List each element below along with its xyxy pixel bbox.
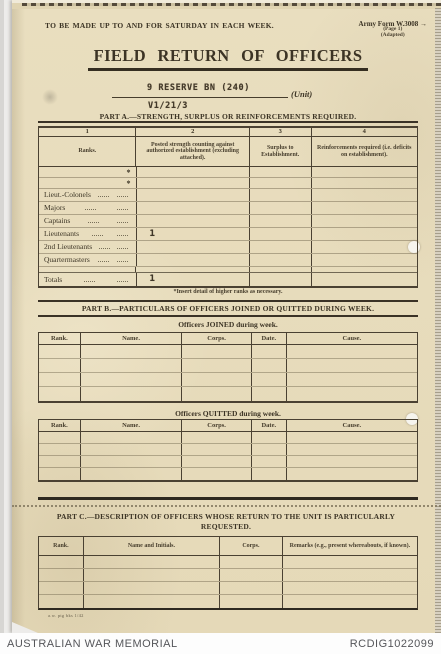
name-header: Name. bbox=[81, 333, 182, 344]
dotted-leader bbox=[98, 261, 109, 262]
empty-cell bbox=[182, 373, 252, 386]
arrow-icon: → bbox=[420, 20, 427, 28]
empty-cell bbox=[312, 228, 417, 240]
empty-cell bbox=[283, 582, 417, 594]
rank-label: Lieutenants bbox=[44, 229, 79, 238]
empty-cell bbox=[182, 345, 252, 358]
rule-above-part-b bbox=[38, 300, 418, 302]
empty-cell bbox=[182, 359, 252, 372]
officers-joined-subheading: Officers JOINED during week. bbox=[38, 320, 418, 329]
dotted-leader bbox=[117, 261, 128, 262]
part-c-heading: PART C.—DESCRIPTION OF OFFICERS WHOSE RE… bbox=[50, 512, 402, 531]
empty-cell bbox=[220, 595, 283, 608]
rank-cell: Captains bbox=[39, 215, 137, 227]
empty-cell bbox=[81, 432, 182, 443]
rank-label: Lieut.-Colonels bbox=[44, 190, 91, 199]
file-reference-typed: V1/21/3 bbox=[148, 101, 188, 111]
table-row: 2nd Lieutenants bbox=[39, 241, 417, 254]
empty-cell bbox=[39, 595, 84, 608]
totals-cell: Totals bbox=[39, 273, 137, 286]
table-row: Majors bbox=[39, 202, 417, 215]
empty-cell bbox=[312, 202, 417, 214]
table-row bbox=[39, 387, 417, 401]
rule-under-part-a-heading bbox=[38, 121, 418, 123]
table-row bbox=[39, 582, 417, 595]
posted-value: 1 bbox=[137, 228, 250, 240]
part-c-table: Rank. Name and Initials. Corps. Remarks … bbox=[38, 536, 418, 610]
empty-cell bbox=[182, 387, 252, 401]
posted-value bbox=[137, 241, 250, 253]
empty-cell bbox=[287, 345, 417, 358]
corps-header: Corps. bbox=[220, 537, 283, 555]
empty-cell bbox=[39, 267, 136, 272]
remarks-header: Remarks (e.g., present whereabouts, if k… bbox=[283, 537, 417, 555]
rank-label: Captains bbox=[44, 216, 70, 225]
unit-underline bbox=[112, 97, 288, 98]
empty-cell bbox=[312, 241, 417, 253]
column-header-row: Rank. Name. Corps. Date. Cause. bbox=[39, 420, 417, 432]
empty-cell bbox=[81, 387, 182, 401]
torn-corner bbox=[12, 622, 38, 633]
posted-value bbox=[137, 189, 250, 201]
table-row bbox=[39, 359, 417, 373]
unit-name-typed: 9 RESERVE BN (240) bbox=[147, 83, 250, 93]
table-row: Quartermasters bbox=[39, 254, 417, 267]
surplus-header: Surplus to Establishment. bbox=[250, 137, 312, 166]
rule-below-part-b-heading bbox=[38, 315, 418, 317]
table-row: Captains bbox=[39, 215, 417, 228]
column-number: 1 bbox=[39, 128, 136, 136]
weekly-instruction: TO BE MADE UP TO AND FOR SATURDAY IN EAC… bbox=[45, 21, 274, 30]
empty-cell bbox=[39, 569, 84, 581]
empty-cell bbox=[250, 228, 312, 240]
table-row bbox=[39, 456, 417, 468]
empty-cell bbox=[283, 556, 417, 568]
empty-cell bbox=[250, 267, 312, 272]
date-header: Date. bbox=[252, 333, 287, 344]
column-header-row: Ranks. Posted strength counting against … bbox=[39, 137, 417, 167]
dotted-leader bbox=[117, 235, 128, 236]
rank-header: Rank. bbox=[39, 537, 84, 555]
posted-value bbox=[137, 202, 250, 214]
empty-cell bbox=[182, 468, 252, 480]
column-number: 3 bbox=[250, 128, 312, 136]
cause-header: Cause. bbox=[287, 333, 417, 344]
part-a-table: 1 2 3 4 Ranks. Posted strength counting … bbox=[38, 126, 418, 288]
empty-cell bbox=[312, 254, 417, 266]
empty-cell bbox=[137, 167, 250, 177]
empty-cell bbox=[84, 556, 220, 568]
empty-cell bbox=[39, 432, 81, 443]
part-a-footnote: *Insert detail of higher ranks as necess… bbox=[38, 289, 418, 295]
empty-cell bbox=[250, 178, 312, 188]
dotted-leader bbox=[85, 209, 96, 210]
empty-cell bbox=[287, 468, 417, 480]
rank-label: Quartermasters bbox=[44, 255, 90, 264]
empty-cell bbox=[39, 373, 81, 386]
higher-rank-row: * bbox=[39, 178, 417, 189]
empty-cell bbox=[84, 582, 220, 594]
empty-cell bbox=[182, 432, 252, 443]
heavy-rule-end-part-b bbox=[38, 497, 418, 500]
empty-cell bbox=[39, 556, 84, 568]
rank-cell: Lieutenants bbox=[39, 228, 137, 240]
ranks-header: Ranks. bbox=[39, 137, 136, 166]
column-header-row: Rank. Name and Initials. Corps. Remarks … bbox=[39, 537, 417, 556]
asterisk: * bbox=[39, 178, 137, 188]
name-header: Name. bbox=[81, 420, 182, 431]
empty-cell bbox=[81, 456, 182, 467]
empty-cell bbox=[252, 387, 287, 401]
officers-quitted-table: Rank. Name. Corps. Date. Cause. bbox=[38, 419, 418, 482]
empty-cell bbox=[250, 254, 312, 266]
part-a-heading: PART A.—STRENGTH, SURPLUS OR REINFORCEME… bbox=[38, 112, 418, 121]
rank-header: Rank. bbox=[39, 420, 81, 431]
empty-cell bbox=[39, 387, 81, 401]
form-adapted: (Adapted) bbox=[359, 33, 427, 39]
higher-rank-row: * bbox=[39, 167, 417, 178]
empty-cell bbox=[84, 595, 220, 608]
rank-cell: 2nd Lieutenants bbox=[39, 241, 137, 253]
dotted-leader bbox=[92, 235, 103, 236]
empty-cell bbox=[39, 468, 81, 480]
empty-cell bbox=[252, 373, 287, 386]
empty-cell bbox=[250, 189, 312, 201]
empty-cell bbox=[252, 345, 287, 358]
empty-cell bbox=[287, 456, 417, 467]
empty-cell bbox=[182, 444, 252, 455]
date-header: Date. bbox=[252, 420, 287, 431]
rank-cell: Quartermasters bbox=[39, 254, 137, 266]
empty-cell bbox=[250, 167, 312, 177]
title-row: FIELD RETURN OF OFFICERS bbox=[38, 46, 418, 71]
empty-cell bbox=[287, 387, 417, 401]
empty-cell bbox=[287, 444, 417, 455]
empty-cell bbox=[220, 569, 283, 581]
empty-cell bbox=[312, 267, 417, 272]
empty-cell bbox=[312, 189, 417, 201]
column-header-row: Rank. Name. Corps. Date. Cause. bbox=[39, 333, 417, 345]
unit-label: (Unit) bbox=[291, 89, 312, 99]
empty-cell bbox=[137, 178, 250, 188]
rank-cell: Lieut.-Colonels bbox=[39, 189, 137, 201]
archive-name: AUSTRALIAN WAR MEMORIAL bbox=[7, 638, 178, 650]
dotted-leader bbox=[117, 209, 128, 210]
table-row bbox=[39, 444, 417, 456]
perforation-line bbox=[12, 505, 441, 507]
empty-cell bbox=[81, 359, 182, 372]
empty-cell bbox=[84, 569, 220, 581]
totals-label: Totals bbox=[44, 275, 62, 284]
table-row bbox=[39, 373, 417, 387]
corps-header: Corps. bbox=[182, 420, 252, 431]
rank-cell: Majors bbox=[39, 202, 137, 214]
empty-cell bbox=[220, 582, 283, 594]
table-row bbox=[39, 595, 417, 608]
empty-cell bbox=[136, 267, 249, 272]
perforation-dashes bbox=[22, 3, 441, 6]
empty-cell bbox=[312, 215, 417, 227]
totals-posted-value: 1 bbox=[137, 273, 250, 286]
empty-cell bbox=[81, 468, 182, 480]
table-row: Lieutenants 1 bbox=[39, 228, 417, 241]
dotted-leader bbox=[84, 281, 95, 282]
empty-cell bbox=[312, 167, 417, 177]
dotted-leader bbox=[99, 248, 110, 249]
name-initials-header: Name and Initials. bbox=[84, 537, 220, 555]
empty-cell bbox=[250, 273, 312, 286]
empty-cell bbox=[252, 359, 287, 372]
totals-row: Totals 1 bbox=[39, 273, 417, 286]
rank-header: Rank. bbox=[39, 333, 81, 344]
empty-cell bbox=[283, 595, 417, 608]
dotted-leader bbox=[117, 196, 128, 197]
empty-cell bbox=[39, 444, 81, 455]
empty-cell bbox=[39, 582, 84, 594]
dotted-leader bbox=[117, 281, 128, 282]
empty-cell bbox=[39, 359, 81, 372]
empty-cell bbox=[81, 373, 182, 386]
dotted-leader bbox=[117, 248, 128, 249]
part-b-heading: PART B.—PARTICULARS OF OFFICERS JOINED O… bbox=[38, 304, 418, 313]
posted-value bbox=[137, 254, 250, 266]
form-reference: Army Form W.3008 → (Page 1) (Adapted) bbox=[359, 21, 427, 38]
column-number-row: 1 2 3 4 bbox=[39, 128, 417, 137]
empty-cell bbox=[220, 556, 283, 568]
empty-cell bbox=[312, 178, 417, 188]
archive-footer: AUSTRALIAN WAR MEMORIAL RCDIG1022099 bbox=[0, 633, 441, 654]
empty-cell bbox=[39, 456, 81, 467]
empty-cell bbox=[250, 215, 312, 227]
rank-label: 2nd Lieutenants bbox=[44, 242, 92, 251]
column-number: 4 bbox=[312, 128, 417, 136]
form-paper: TO BE MADE UP TO AND FOR SATURDAY IN EAC… bbox=[12, 0, 441, 633]
empty-cell bbox=[312, 273, 417, 286]
empty-cell bbox=[287, 432, 417, 443]
table-row bbox=[39, 432, 417, 444]
cause-header: Cause. bbox=[287, 420, 417, 431]
dotted-leader bbox=[88, 222, 99, 223]
empty-cell bbox=[250, 241, 312, 253]
form-title: FIELD RETURN OF OFFICERS bbox=[88, 46, 369, 71]
asterisk: * bbox=[39, 167, 137, 177]
empty-cell bbox=[252, 456, 287, 467]
dotted-leader bbox=[98, 196, 109, 197]
dotted-leader bbox=[117, 222, 128, 223]
empty-cell bbox=[287, 359, 417, 372]
empty-cell bbox=[81, 345, 182, 358]
rank-label: Majors bbox=[44, 203, 65, 212]
empty-cell bbox=[252, 432, 287, 443]
column-number: 2 bbox=[136, 128, 249, 136]
empty-cell bbox=[252, 444, 287, 455]
posted-strength-header: Posted strength counting against authori… bbox=[136, 137, 249, 166]
officers-joined-table: Rank. Name. Corps. Date. Cause. bbox=[38, 332, 418, 403]
scanned-page: TO BE MADE UP TO AND FOR SATURDAY IN EAC… bbox=[0, 0, 441, 654]
archive-id: RCDIG1022099 bbox=[350, 638, 434, 650]
empty-cell bbox=[39, 345, 81, 358]
table-row: Lieut.-Colonels bbox=[39, 189, 417, 202]
empty-cell bbox=[182, 456, 252, 467]
empty-cell bbox=[81, 444, 182, 455]
table-row bbox=[39, 569, 417, 582]
right-perforation-edge bbox=[435, 8, 441, 633]
reinforcements-header: Reinforcements required (i.e. deficits o… bbox=[312, 137, 417, 166]
table-row bbox=[39, 556, 417, 569]
officers-quitted-subheading: Officers QUITTED during week. bbox=[38, 409, 418, 418]
posted-value bbox=[137, 215, 250, 227]
empty-cell bbox=[287, 373, 417, 386]
page-top-edge bbox=[12, 0, 441, 9]
table-row bbox=[39, 345, 417, 359]
empty-cell bbox=[250, 202, 312, 214]
corps-header: Corps. bbox=[182, 333, 252, 344]
empty-cell bbox=[283, 569, 417, 581]
table-row bbox=[39, 468, 417, 480]
empty-cell bbox=[252, 468, 287, 480]
printer-imprint: a.w. ptg bks 1/42 bbox=[48, 613, 84, 618]
